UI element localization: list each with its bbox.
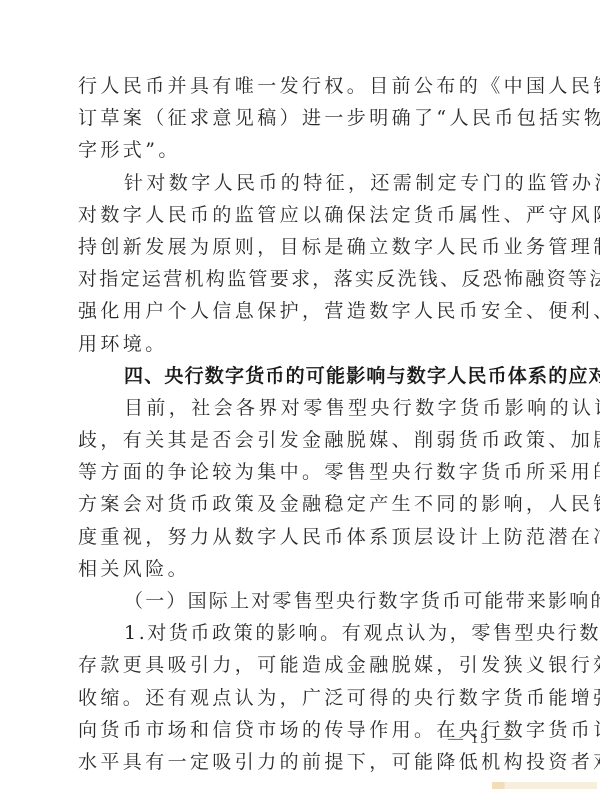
text-line: 持创新发展为原则，目标是确立数字人民币业务管理制度，明确 [78,231,526,263]
text-line: 水平具有一定吸引力的前提下，可能降低机构投资者对部分低风 [78,746,526,778]
text-line: 存款更具吸引力，可能造成金融脱媒，引发狭义银行效应及信用 [78,649,526,681]
text-line: 度重视，努力从数字人民币体系顶层设计上防范潜在冲击，降低 [78,521,526,553]
text-line: 收缩。还有观点认为，广泛可得的央行数字货币能增强政策利率 [78,682,526,714]
document-page: 行人民币并具有唯一发行权。目前公布的《中国人民银行法》修 订草案（征求意见稿）进… [0,0,600,789]
text-line: 等方面的争论较为集中。零售型央行数字货币所采用的研发设计 [78,456,526,488]
body-text: 行人民币并具有唯一发行权。目前公布的《中国人民银行法》修 订草案（征求意见稿）进… [78,70,526,778]
watermark-strip [492,782,597,789]
text-line: 用环境。 [78,328,526,360]
text-line: 歧，有关其是否会引发金融脱媒、削弱货币政策、加剧银行挤提 [78,424,526,456]
paragraph-start: 目前，社会各界对零售型央行数字货币影响的认识存在分 [78,392,526,424]
paragraph-start: 1.对货币政策的影响。有观点认为，零售型央行数字货币比 [78,617,526,649]
text-line: 方案会对货币政策及金融稳定产生不同的影响，人民银行对此高 [78,488,526,520]
page-number: — 15 — [448,731,513,748]
subsection-heading: （一）国际上对零售型央行数字货币可能带来影响的观点。 [78,585,526,617]
text-line: 字形式”。 [78,134,526,166]
text-line: 对指定运营机构监管要求，落实反洗钱、反恐怖融资等法律法规， [78,263,526,295]
section-heading: 四、央行数字货币的可能影响与数字人民币体系的应对策略 [78,360,526,392]
text-line: 行人民币并具有唯一发行权。目前公布的《中国人民银行法》修 [78,70,526,102]
paragraph-start: 针对数字人民币的特征，还需制定专门的监管办法与要求。 [78,167,526,199]
text-line: 强化用户个人信息保护，营造数字人民币安全、便利、规范的使 [78,295,526,327]
text-line: 相关风险。 [78,553,526,585]
text-line: 订草案（征求意见稿）进一步明确了“人民币包括实物形式和数 [78,102,526,134]
text-line: 对数字人民币的监管应以确保法定货币属性、严守风险底线、支 [78,199,526,231]
